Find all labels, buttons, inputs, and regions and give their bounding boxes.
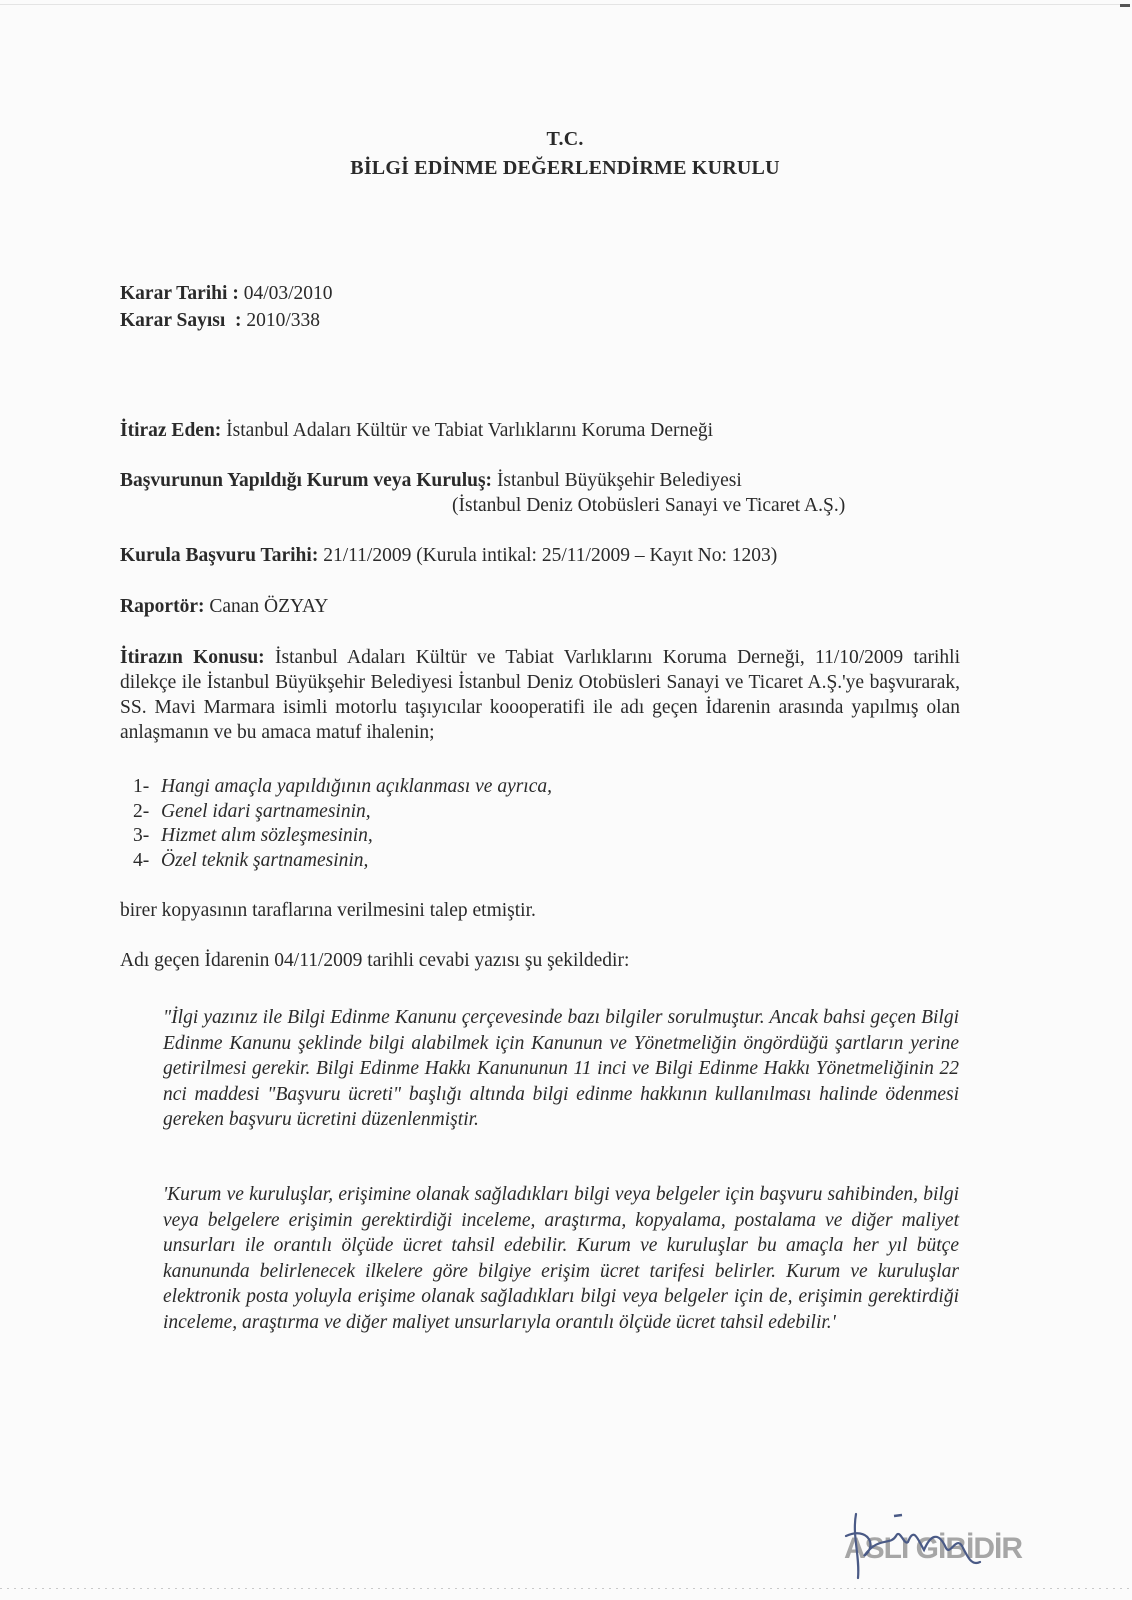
institution-label: Başvurunun Yapıldığı Kurum veya Kuruluş: [120, 470, 492, 491]
objector-label: İtiraz Eden: [120, 420, 221, 441]
subject-label: İtirazın Konusu: [120, 647, 265, 668]
signature-icon: ASLI GİBİDİR [838, 1506, 1048, 1582]
request-list: 1-Hangi amaçla yapıldığının açıklanması … [133, 775, 552, 873]
decision-date-label: Karar Tarihi : [120, 283, 239, 304]
decision-number-value: 2010/338 [246, 310, 320, 331]
scan-edge-line [0, 4, 1120, 5]
decision-date-value: 04/03/2010 [244, 283, 333, 304]
document-page: T.C. BİLGİ EDİNME DEĞERLENDİRME KURULU K… [0, 0, 1132, 1600]
application-date-value: 21/11/2009 (Kurula intikal: 25/11/2009 –… [323, 545, 777, 566]
scan-edge-mark [1120, 4, 1130, 7]
application-date-label: Kurula Başvuru Tarihi: [120, 545, 318, 566]
header-title: BİLGİ EDİNME DEĞERLENDİRME KURULU [120, 157, 1010, 180]
list-item: 4-Özel teknik şartnamesinin, [133, 849, 552, 874]
institution-value-line2: (İstanbul Deniz Otobüsleri Sanayi ve Tic… [452, 495, 845, 517]
rapporteur-value: Canan ÖZYAY [209, 596, 328, 617]
objector-value: İstanbul Adaları Kültür ve Tabiat Varlık… [226, 420, 713, 441]
objector: İtiraz Eden: İstanbul Adaları Kültür ve … [120, 420, 713, 442]
quote-paragraph-2: 'Kurum ve kuruluşlar, erişimine olanak s… [163, 1182, 959, 1335]
subject-paragraph: İtirazın Konusu: İstanbul Adaları Kültür… [120, 645, 960, 745]
rapporteur-label: Raportör: [120, 596, 204, 617]
reply-intro: Adı geçen İdarenin 04/11/2009 tarihli ce… [120, 950, 629, 972]
scan-dotted-edge [0, 1588, 1132, 1589]
decision-number-label: Karar Sayısı : [120, 310, 242, 331]
list-item: 3-Hizmet alım sözleşmesinin, [133, 824, 552, 849]
list-item: 2-Genel idari şartnamesinin, [133, 800, 552, 825]
decision-date: Karar Tarihi : 04/03/2010 [120, 283, 333, 305]
after-list-text: birer kopyasının taraflarına verilmesini… [120, 900, 536, 922]
decision-number: Karar Sayısı : 2010/338 [120, 310, 320, 332]
application-date: Kurula Başvuru Tarihi: 21/11/2009 (Kurul… [120, 545, 777, 567]
header-tc: T.C. [120, 128, 1010, 151]
quote-paragraph-1: "İlgi yazınız ile Bilgi Edinme Kanunu çe… [163, 1005, 959, 1133]
list-item: 1-Hangi amaçla yapıldığının açıklanması … [133, 775, 552, 800]
signature-stamp: ASLI GİBİDİR [838, 1506, 1048, 1582]
institution: Başvurunun Yapıldığı Kurum veya Kuruluş:… [120, 470, 742, 492]
institution-value: İstanbul Büyükşehir Belediyesi [497, 470, 742, 491]
rapporteur: Raportör: Canan ÖZYAY [120, 596, 328, 618]
